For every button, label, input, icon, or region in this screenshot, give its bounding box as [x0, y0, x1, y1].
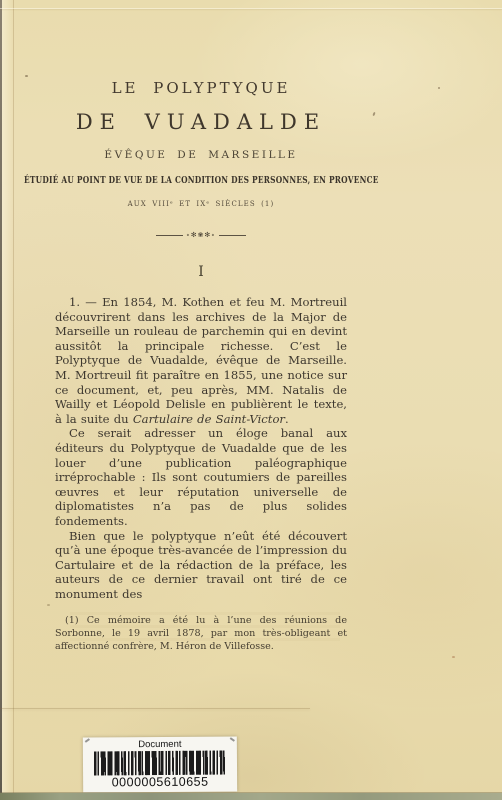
- author-line: ÉVÊQUE DE MARSEILLE: [55, 149, 347, 161]
- section-divider: ∘✻❀✻∘: [55, 232, 347, 239]
- paragraph-1: 1. — En 1854, M. Kothen et feu M. Mortre…: [55, 295, 347, 426]
- bottom-fold-crease: [0, 708, 310, 709]
- barcode-sticker-title: Document: [83, 738, 237, 750]
- page-left-margin-highlight: [2, 0, 13, 800]
- floral-divider-icon: ∘✻❀✻∘: [186, 232, 215, 239]
- body-text: 1. — En 1854, M. Kothen et feu M. Mortre…: [55, 295, 347, 601]
- study-subtitle-row: ÉTUDIÉ AU POINT DE VUE DE LA CONDITION D…: [55, 175, 347, 186]
- barcode-icon: [94, 751, 226, 776]
- paragraph-1-italic-title: Cartulaire de Saint-Victor: [133, 412, 285, 426]
- paragraph-1-lead: 1. — En 1854, M. Kothen et feu M. Mortre…: [55, 295, 347, 426]
- footnote: (1) Ce mémoire a été lu à l’une des réun…: [55, 614, 347, 653]
- scan-bottom-edge: [0, 793, 502, 800]
- library-barcode-sticker: Document 0000005610655: [83, 736, 237, 792]
- paper-speck: [25, 75, 28, 77]
- title-line-1: LE POLYPTYQUE: [55, 79, 347, 97]
- period-line: AUX VIIIᵉ ET IXᵉ SIÈCLES (1): [55, 200, 347, 208]
- paper-speck: [452, 656, 455, 658]
- paper-speck: [47, 604, 50, 606]
- barcode-number: 0000005610655: [83, 774, 237, 790]
- title-line-2: DE VUADALDE: [55, 110, 347, 134]
- paper-speck: [438, 87, 440, 89]
- paragraph-1-tail: .: [285, 412, 289, 426]
- paragraph-3: Bien que le polyptyque n’eût été découve…: [55, 529, 347, 602]
- text-column: LE POLYPTYQUE DE VUADALDE ÉVÊQUE DE MARS…: [55, 0, 347, 653]
- study-subtitle: ÉTUDIÉ AU POINT DE VUE DE LA CONDITION D…: [24, 175, 379, 186]
- divider-rule-right: [219, 235, 246, 236]
- divider-rule-left: [156, 235, 183, 236]
- left-fold-crease: [13, 0, 14, 793]
- paragraph-2: Ce serait adresser un éloge banal aux éd…: [55, 426, 347, 528]
- section-number: I: [55, 264, 347, 280]
